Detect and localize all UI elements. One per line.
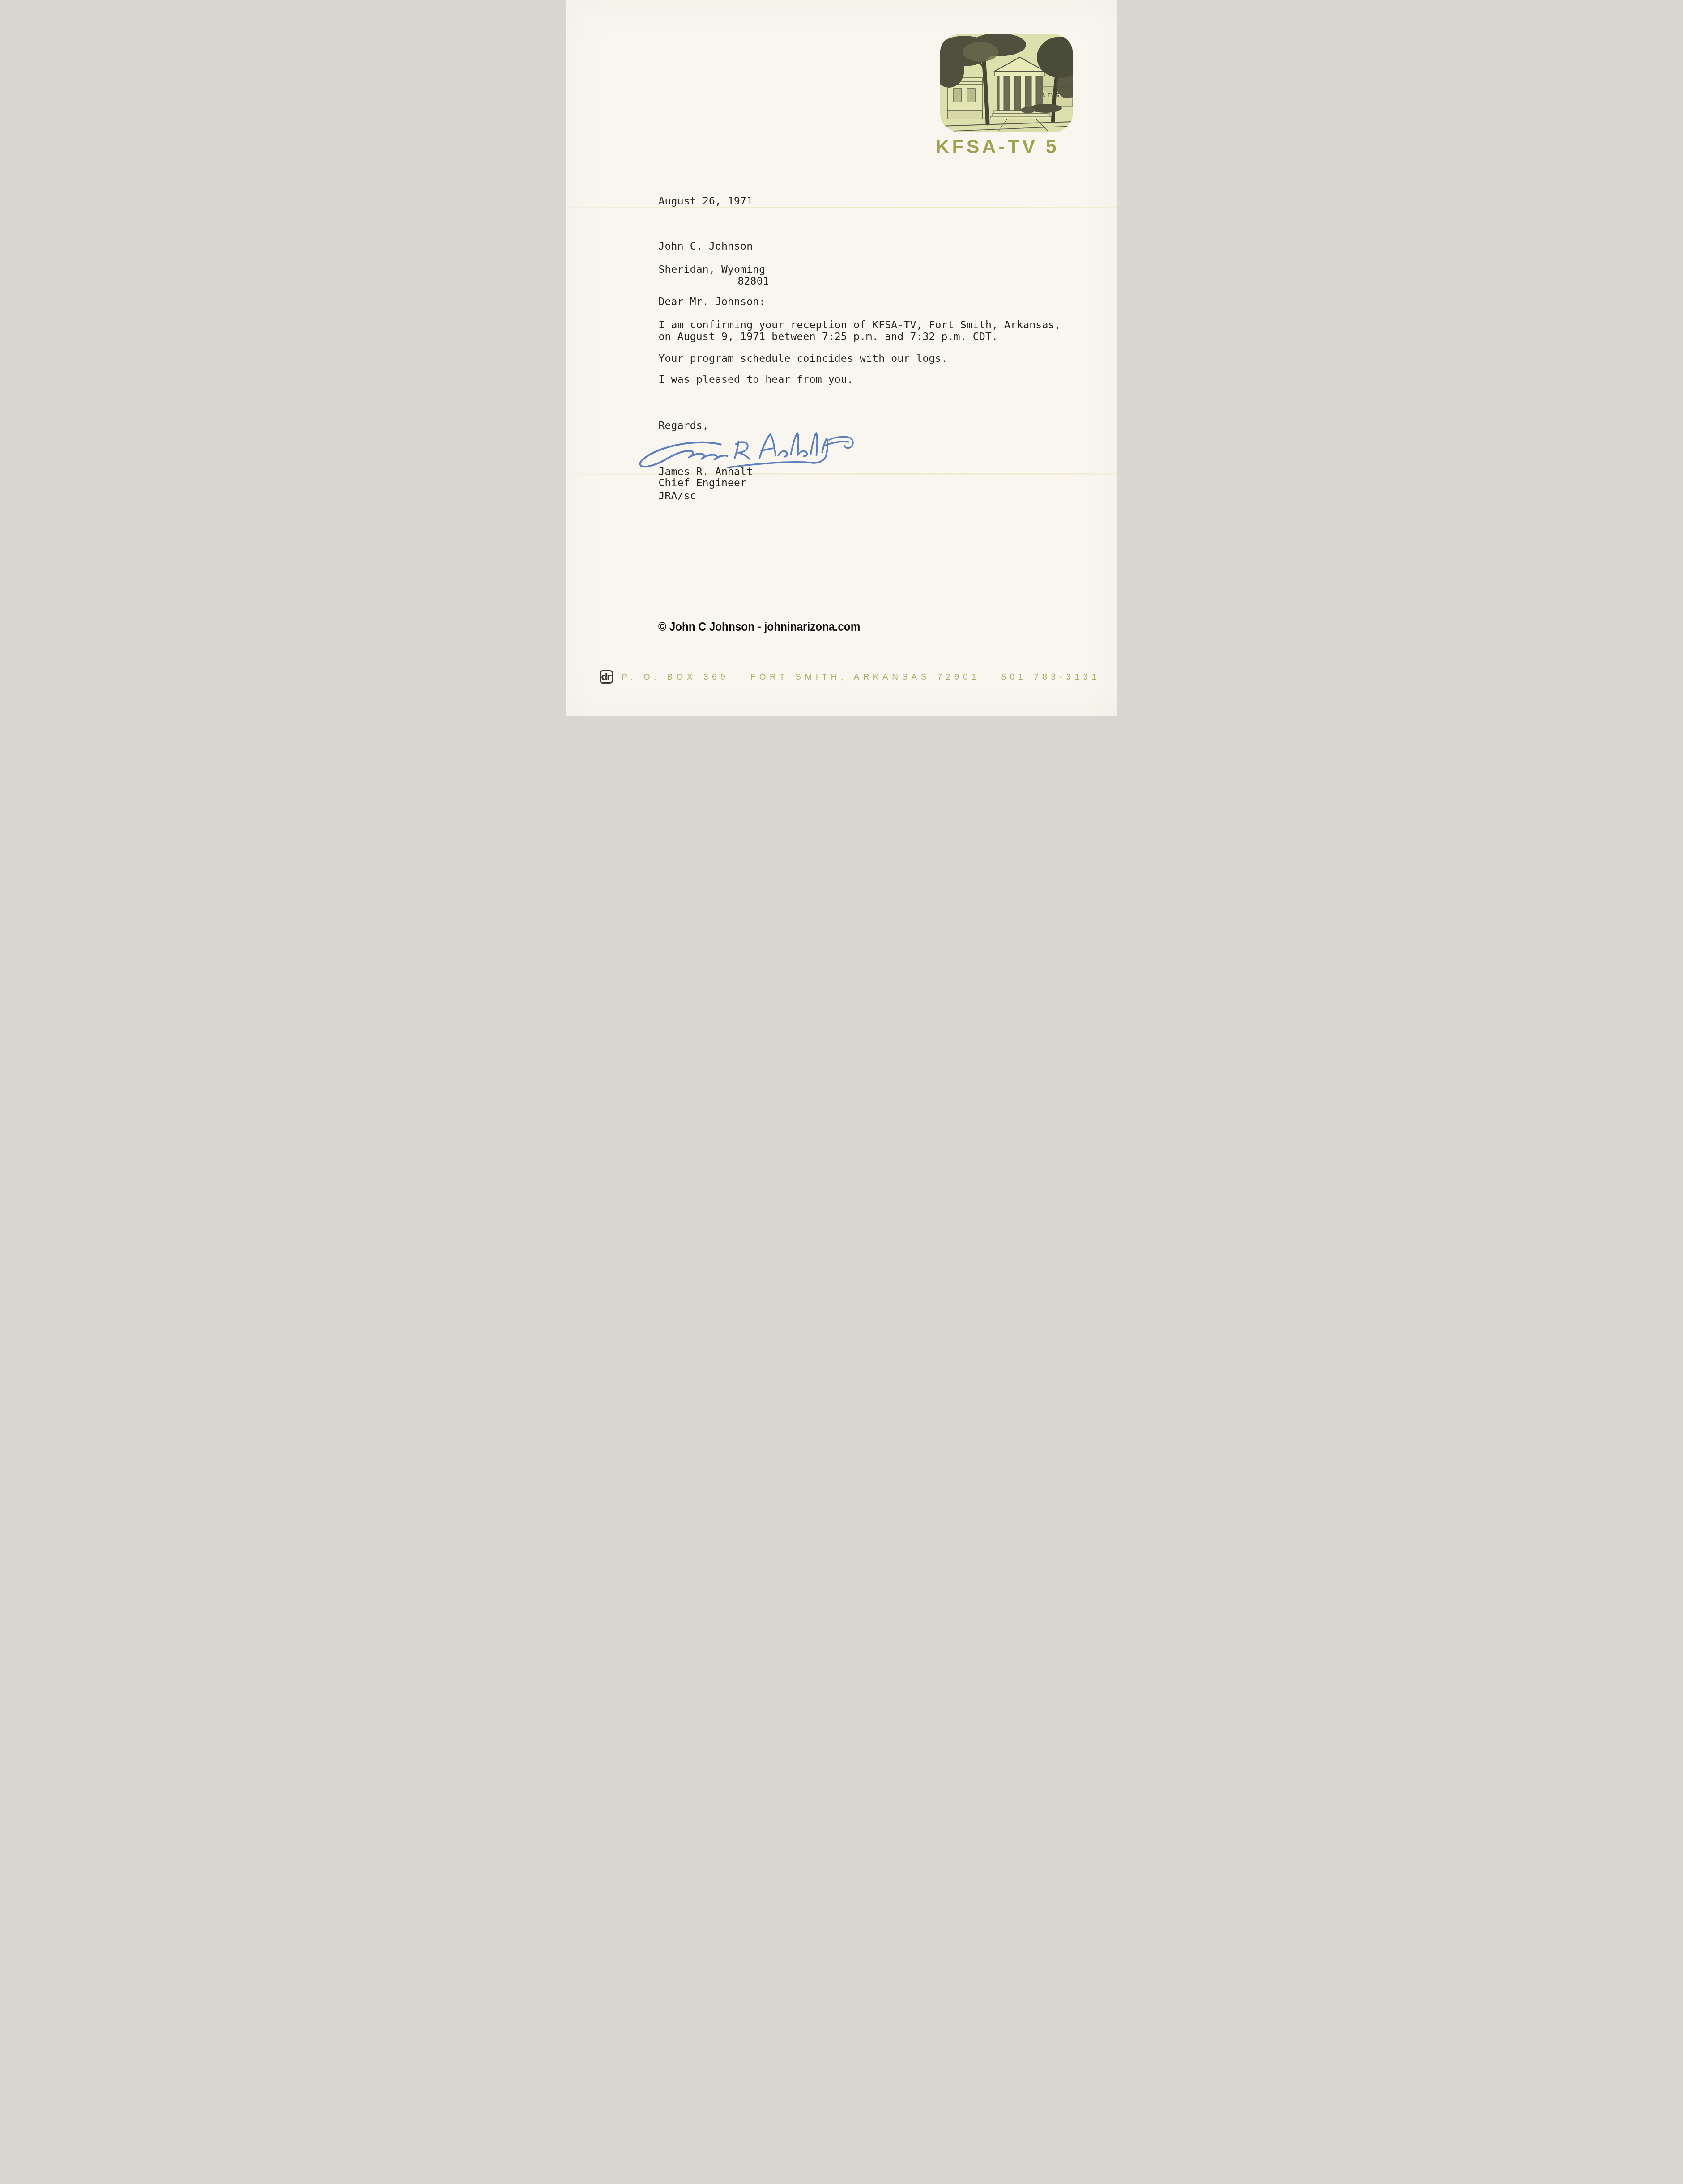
station-address: P. O. BOX 369 FORT SMITH, ARKANSAS 72901…: [622, 671, 1100, 682]
station-name: KFSA-TV 5: [936, 136, 1088, 158]
body-line: Your program schedule coincides with our…: [659, 353, 948, 365]
dr-monogram-icon: dr: [600, 670, 613, 684]
letter-date: August 26, 1971: [659, 195, 753, 207]
signer-name: James R. Anhalt: [659, 466, 753, 478]
paper-crease-top: [566, 207, 1117, 208]
recipient-city: Sheridan, Wyoming: [659, 264, 766, 276]
copyright-watermark: © John C Johnson - johninarizona.com: [658, 620, 860, 634]
body-line: I am confirming your reception of KFSA-T…: [659, 319, 1061, 331]
letterhead-footer: dr P. O. BOX 369 FORT SMITH, ARKANSAS 72…: [600, 670, 1100, 684]
recipient-name: John C. Johnson: [659, 241, 753, 252]
body-line: I was pleased to hear from you.: [659, 374, 853, 386]
scanned-letter-page: KFSA TV 5: [566, 0, 1117, 716]
body-line: on August 9, 1971 between 7:25 p.m. and …: [659, 331, 998, 343]
station-logo-illustration: KFSA TV 5: [940, 34, 1073, 132]
signer-title: Chief Engineer: [659, 477, 747, 489]
recipient-zip: 82801: [738, 276, 769, 287]
salutation: Dear Mr. Johnson:: [659, 296, 766, 308]
typist-reference: JRA/sc: [659, 490, 696, 502]
